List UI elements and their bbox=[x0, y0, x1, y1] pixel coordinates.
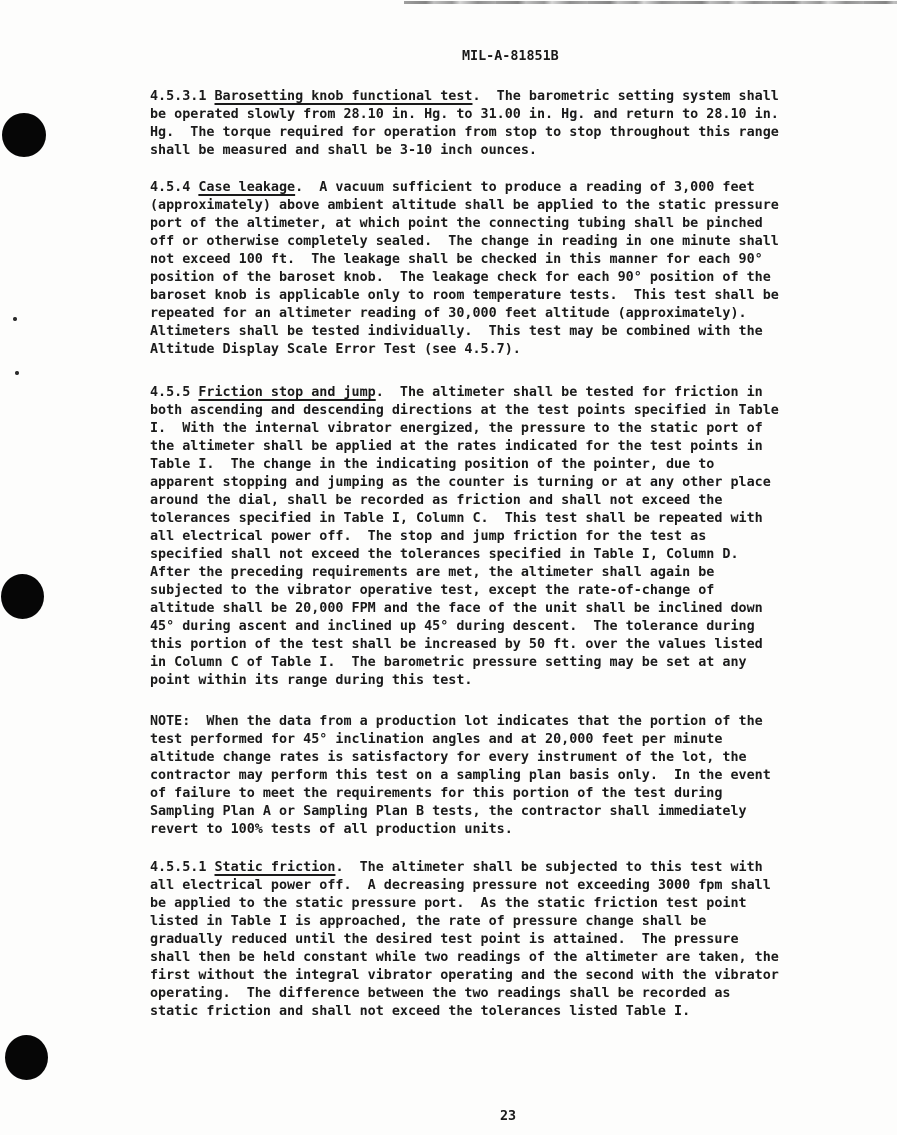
section-title: Barosetting knob functional test bbox=[215, 89, 473, 104]
section-4-5-4: 4.5.4 Case leakage. A vacuum sufficient … bbox=[150, 179, 862, 359]
section-title: Static friction bbox=[215, 860, 336, 875]
section-body: . A vacuum sufficient to produce a readi… bbox=[150, 180, 779, 357]
hole-punch-mark-middle bbox=[1, 574, 44, 619]
scan-speck-1 bbox=[13, 317, 17, 321]
section-body: NOTE: When the data from a production lo… bbox=[150, 714, 771, 837]
page-number: 23 bbox=[500, 1108, 516, 1126]
section-4-5-5: 4.5.5 Friction stop and jump. The altime… bbox=[150, 384, 862, 690]
section-number: 4.5.5 bbox=[150, 385, 198, 400]
section-4-5-5-1: 4.5.5.1 Static friction. The altimeter s… bbox=[150, 859, 862, 1021]
scan-speck-2 bbox=[15, 371, 19, 375]
doc-id-header: MIL-A-81851B bbox=[462, 48, 559, 66]
hole-punch-mark-bottom bbox=[5, 1035, 48, 1080]
section-title: Case leakage bbox=[198, 180, 295, 195]
section-number: 4.5.5.1 bbox=[150, 860, 215, 875]
section-body: . The altimeter shall be tested for fric… bbox=[150, 385, 779, 688]
hole-punch-mark-top bbox=[2, 113, 46, 157]
section-title: Friction stop and jump bbox=[198, 385, 375, 400]
note-paragraph: NOTE: When the data from a production lo… bbox=[150, 713, 862, 839]
document-page: MIL-A-81851B 4.5.3.1 Barosetting knob fu… bbox=[0, 0, 897, 1135]
section-number: 4.5.4 bbox=[150, 180, 198, 195]
section-4-5-3-1: 4.5.3.1 Barosetting knob functional test… bbox=[150, 88, 862, 160]
section-body: . The altimeter shall be subjected to th… bbox=[150, 860, 779, 1019]
scan-edge-line bbox=[404, 1, 897, 4]
section-number: 4.5.3.1 bbox=[150, 89, 215, 104]
